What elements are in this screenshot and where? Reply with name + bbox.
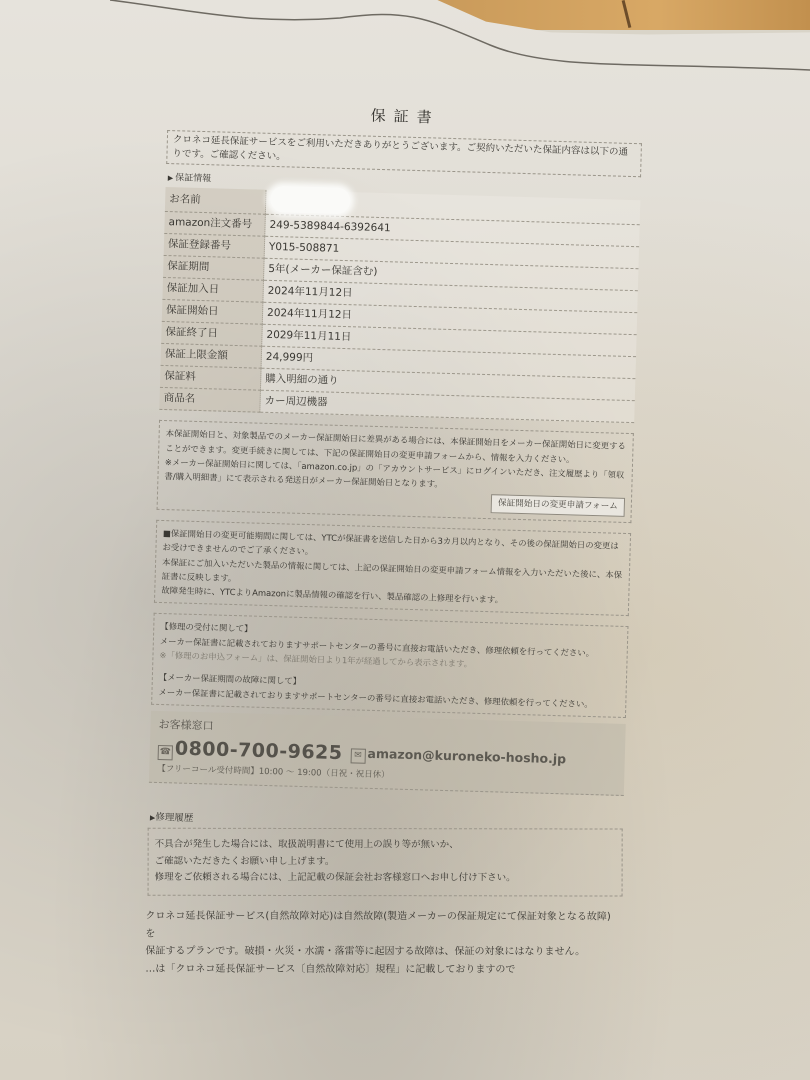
repair-history-box: 不具合が発生した場合には、取扱説明書にて使用上の誤り等が無いか、 ご確認いただき…	[148, 828, 623, 897]
change-period-notice: ■保証開始日の変更可能期間に関しては、YTCが保証書を送信した日から3カ月以内と…	[154, 520, 631, 617]
warranty-document: 保証書 クロネコ延長保証サービスをご利用いただきありがとうございます。ご契約いた…	[143, 100, 642, 991]
plan-line-1: クロネコ延長保証サービス(自然故障対応)は自然故障(製造メーカーの保証規定にて保…	[145, 908, 620, 944]
info-label: お名前	[165, 187, 266, 214]
info-label: 保証開始日	[162, 300, 263, 325]
start-date-notice: 本保証開始日と、対象製品でのメーカー保証開始日に差異がある場合には、本保証開始日…	[157, 420, 634, 523]
info-label: 保証上限金額	[161, 344, 262, 369]
mail-icon: ✉	[350, 748, 365, 763]
page-title: 保証書	[167, 100, 642, 135]
redacted-name	[270, 186, 351, 214]
history-line-2: ご確認いただきたくお願い申し上げます。	[155, 854, 616, 871]
plan-line-2: 保証するプランです。破損・火災・水濡・落雷等に起因する故障は、保証の対象にはなり…	[145, 943, 620, 961]
chevron-right-icon: ▶	[168, 174, 174, 182]
info-label: 保証登録番号	[164, 234, 265, 259]
repair-notice: 【修理の受付に関して】 メーカー保証書に記載されておりますサポートセンターの番号…	[151, 613, 628, 718]
phone-icon: ☎	[158, 745, 173, 760]
info-label: 保証終了日	[161, 322, 262, 347]
start-date-change-form-button[interactable]: 保証開始日の変更申請フォーム	[491, 495, 625, 517]
warranty-info-table: お名前amazon注文番号249-5389844-6392641保証登録番号Y0…	[159, 187, 640, 423]
email-address[interactable]: ✉amazon@kuroneko-hosho.jp	[350, 744, 566, 769]
info-label: 保証料	[160, 366, 261, 391]
info-label: 商品名	[159, 388, 260, 413]
info-label: amazon注文番号	[164, 212, 265, 237]
history-line-1: 不具合が発生した場合には、取扱説明書にて使用上の誤り等が無いか、	[155, 837, 616, 854]
customer-contact: お客様窓口 ☎0800-700-9625 ✉amazon@kuroneko-ho…	[149, 711, 626, 796]
wood-grain	[622, 0, 632, 28]
info-label: 保証加入日	[162, 278, 263, 303]
plan-description: クロネコ延長保証サービス(自然故障対応)は自然故障(製造メーカーの保証規定にて保…	[145, 908, 620, 979]
intro-text: クロネコ延長保証サービスをご利用いただきありがとうございます。ご契約いただいた保…	[166, 130, 642, 178]
paper-sheet: 保証書 クロネコ延長保証サービスをご利用いただきありがとうございます。ご契約いた…	[0, 0, 810, 1080]
history-line-3: 修理をご依頼される場合には、上記記載の保証会社お客様窓口へお申し付け下さい。	[155, 870, 616, 887]
plan-line-3: …は「クロネコ延長保証サービス〔自然故障対応〕規程」に記載しておりますので	[145, 960, 620, 978]
info-label: 保証期間	[163, 256, 264, 281]
phone-number[interactable]: ☎0800-700-9625	[158, 735, 343, 768]
